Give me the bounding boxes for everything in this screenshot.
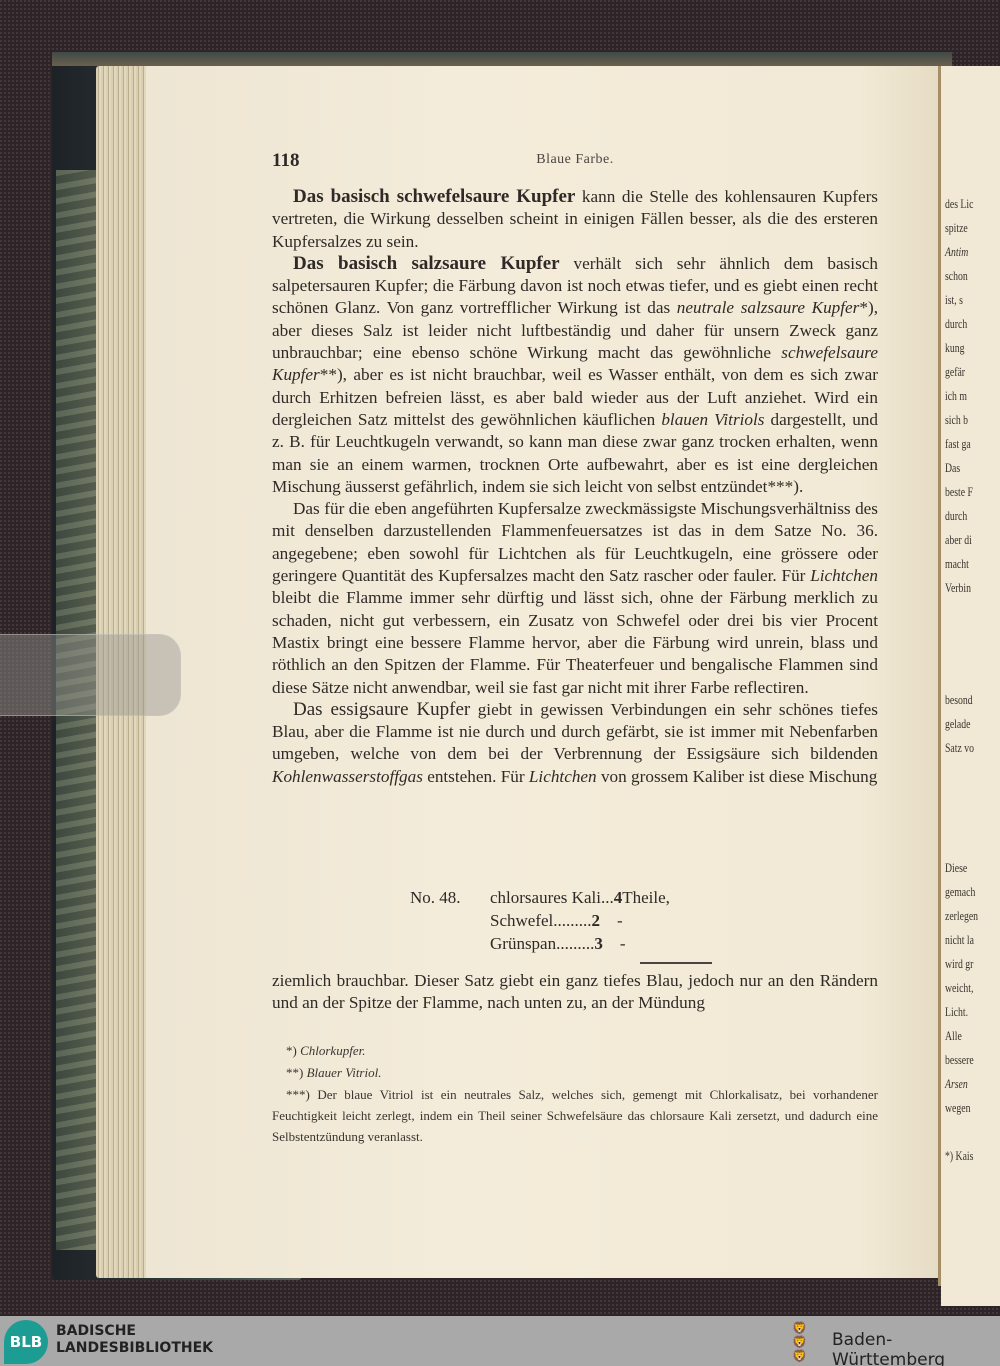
lions-coat-of-arms-icon: 🦁🦁🦁 xyxy=(792,1322,822,1362)
paragraph: Das basisch salzsaure Kupfer verhält sic… xyxy=(272,253,878,498)
right-page-text-fragment: gefär xyxy=(945,364,965,380)
right-page-text-fragment: Das xyxy=(945,460,960,476)
right-page-text-fragment: durch xyxy=(945,316,967,332)
recipe-row: Schwefel .........2 - xyxy=(410,909,730,932)
running-title: Blaue Farbe. xyxy=(272,152,878,168)
footnote: **) Blauer Vitriol. xyxy=(272,1062,878,1084)
body-text: Das basisch schwefelsaure Kupfer kann di… xyxy=(272,186,878,788)
book-cover-top-edge xyxy=(52,52,952,66)
right-page-text-fragment: besond xyxy=(945,692,973,708)
bookmark-strip xyxy=(0,634,181,716)
right-page-text-fragment: ist, s xyxy=(945,292,963,308)
right-page-text-fragment: ich m xyxy=(945,388,967,404)
right-page-text-fragment: nicht la xyxy=(945,932,974,948)
footnote: *) Chlorkupfer. xyxy=(272,1040,878,1062)
right-page-text-fragment: Antim xyxy=(945,244,968,260)
footer-bar: BLB BADISCHE LANDESBIBLIOTHEK 🦁🦁🦁 Baden-… xyxy=(0,1316,1000,1366)
paragraph: Das für die eben angeführten Kupfersalze… xyxy=(272,498,878,699)
right-page-text-fragment: Diese xyxy=(945,860,967,876)
right-page-text-fragment: *) Kais xyxy=(945,1148,973,1164)
right-page-text-fragment: durch xyxy=(945,508,967,524)
footnotes: *) Chlorkupfer. **) Blauer Vitriol. ***)… xyxy=(272,1040,878,1147)
right-page-text-fragment: wegen xyxy=(945,1100,970,1116)
right-page-text-fragment: zerlegen xyxy=(945,908,978,924)
paragraph: Das basisch schwefelsaure Kupfer kann di… xyxy=(272,186,878,253)
paragraph: Das essigsaure Kupfer giebt in gewissen … xyxy=(272,699,878,788)
recipe-row: No. 48. chlorsaures Kali ...4 Theile, xyxy=(410,886,730,909)
right-page-text-fragment: kung xyxy=(945,340,965,356)
paragraph-lead: Das basisch schwefelsaure Kupfer xyxy=(293,186,575,207)
right-page-text-fragment: Satz vo xyxy=(945,740,974,756)
blb-logo[interactable]: BLB xyxy=(4,1320,48,1364)
right-page-text-fragment: spitze xyxy=(945,220,968,236)
right-page-text-fragment: wird gr xyxy=(945,956,973,972)
right-page-text-fragment: Licht. xyxy=(945,1004,968,1020)
footnote: ***) Der blaue Vitriol ist ein neutrales… xyxy=(272,1084,878,1147)
right-page-text-fragment: bessere xyxy=(945,1052,974,1068)
right-page-text-fragment: gelade xyxy=(945,716,970,732)
running-head: 118 Blaue Farbe. xyxy=(272,150,878,174)
book-page-right: des LicspitzeAntimschonist, sdurchkungge… xyxy=(941,66,1000,1306)
right-page-text-fragment: Verbin xyxy=(945,580,971,596)
state-name[interactable]: Baden-Württemberg xyxy=(832,1330,1000,1366)
right-page-text-fragment: weicht, xyxy=(945,980,973,996)
paragraph-lead: Das essigsaure Kupfer xyxy=(293,699,470,720)
recipe-row: Grünspan.........3 - xyxy=(410,932,730,955)
right-page-text-fragment: Alle xyxy=(945,1028,962,1044)
right-page-text-fragment: schon xyxy=(945,268,968,284)
right-page-text-fragment: macht xyxy=(945,556,969,572)
recipe-number: No. 48. xyxy=(410,886,490,909)
recipe-sum-rule xyxy=(640,962,712,964)
right-page-text-fragment: gemach xyxy=(945,884,975,900)
right-page-text-fragment: Arsen xyxy=(945,1076,968,1092)
paragraph-lead: Das basisch salzsaure Kupfer xyxy=(293,253,560,274)
right-page-text-fragment: beste F xyxy=(945,484,973,500)
right-page-text-fragment: des Lic xyxy=(945,196,973,212)
right-page-text-fragment: fast ga xyxy=(945,436,971,452)
recipe-no-48: No. 48. chlorsaures Kali ...4 Theile, Sc… xyxy=(410,886,730,955)
continuation-text: ziemlich brauchbar. Dieser Satz giebt ei… xyxy=(272,970,878,1015)
right-page-text-fragment: sich b xyxy=(945,412,968,428)
library-name[interactable]: BADISCHE LANDESBIBLIOTHEK xyxy=(56,1323,213,1357)
right-page-text-fragment: aber di xyxy=(945,532,972,548)
